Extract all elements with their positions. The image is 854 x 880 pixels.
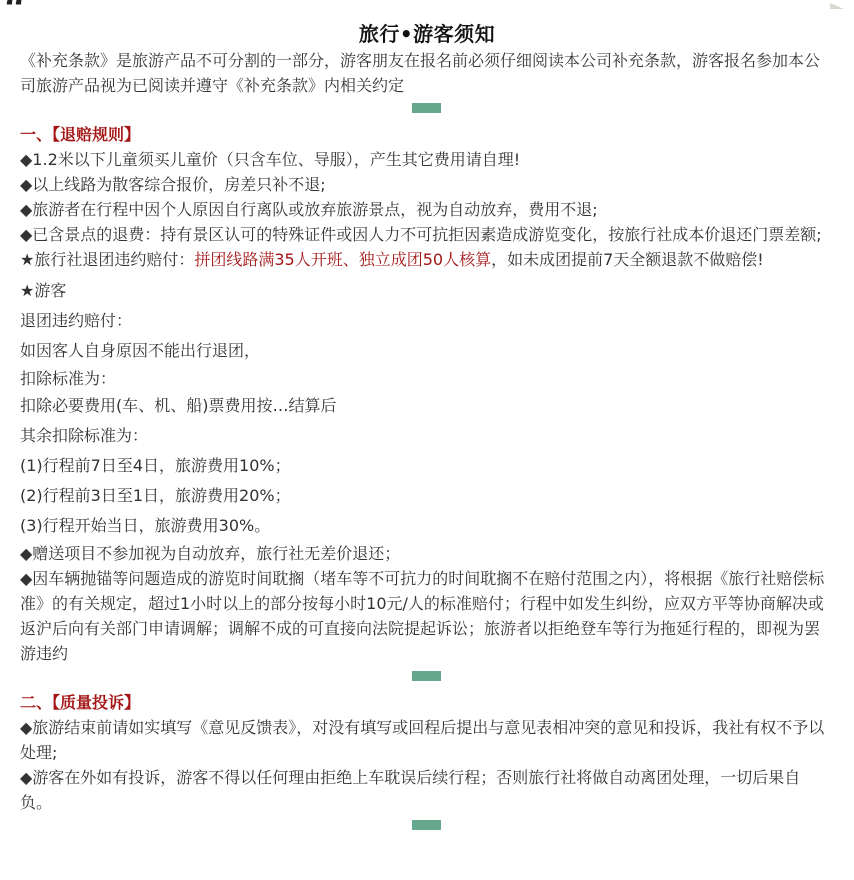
divider-bar (412, 820, 441, 830)
tourist-line: 退团违约赔付： (20, 306, 828, 336)
list-item: ◆1.2米以下儿童须买儿童价（只含车位、导服），产生其它费用请自理! (20, 147, 828, 172)
notice-content: 《补充条款》是旅游产品不可分割的一部分，游客朋友在报名前必须仔细阅读本公司补充条… (20, 48, 828, 839)
tourist-line: 其余扣除标准为： (20, 421, 828, 451)
deduction-tier: (3)行程开始当日，旅游费用30%。 (20, 511, 828, 541)
page-title: 旅行•游客须知 (0, 18, 854, 47)
section-title-quality-complaints: 二、【质量投诉】 (20, 690, 828, 715)
tourist-line: 如因客人自身原因不能出行退团， (20, 336, 828, 366)
divider (20, 98, 828, 122)
divider-bar (412, 671, 441, 681)
list-item: ◆旅游结束前请如实填写《意见反馈表》，对没有填写或回程后提出与意见表相冲突的意见… (20, 715, 828, 765)
tourist-heading: ★游客 (20, 276, 828, 306)
compensation-highlight: 拼团线路满35人开班、独立成团50人核算 (194, 250, 491, 269)
agency-compensation-item: ★旅行社退团违约赔付：拼团线路满35人开班、独立成团50人核算，如未成团提前7天… (20, 247, 828, 272)
section-title-refund-rules: 一、【退赔规则】 (20, 122, 828, 147)
intro-paragraph: 《补充条款》是旅游产品不可分割的一部分，游客朋友在报名前必须仔细阅读本公司补充条… (20, 48, 828, 98)
tourist-line: 扣除标准为： (20, 366, 828, 391)
deduction-tier: (2)行程前3日至1日，旅游费用20%； (20, 481, 828, 511)
compensation-prefix: ★旅行社退团违约赔付： (20, 250, 194, 269)
list-item: ◆已含景点的退费：持有景区认可的特殊证件或因人力不可抗拒因素造成游览变化，按旅行… (20, 222, 828, 247)
list-item: ◆以上线路为散客综合报价，房差只补不退; (20, 172, 828, 197)
deduction-tier: (1)行程前7日至4日，旅游费用10%； (20, 451, 828, 481)
divider-bar (412, 103, 441, 113)
list-item: ◆赠送项目不参加视为自动放弃，旅行社无差价退还； (20, 541, 828, 566)
list-item: ◆游客在外如有投诉，游客不得以任何理由拒绝上车耽误后续行程；否则旅行社将做自动离… (20, 765, 828, 815)
tourist-cancellation-block: ★游客 退团违约赔付： 如因客人自身原因不能出行退团， 扣除标准为： 扣除必要费… (20, 276, 828, 541)
divider (20, 815, 828, 839)
list-item: ◆旅游者在行程中因个人原因自行离队或放弃旅游景点，视为自动放弃，费用不退; (20, 197, 828, 222)
tourist-line: 扣除必要费用(车、机、船)票费用按…结算后 (20, 391, 828, 421)
divider (20, 666, 828, 690)
list-item: ◆因车辆抛锚等问题造成的游览时间耽搁（堵车等不可抗力的时间耽搁不在赔付范围之内）… (20, 566, 828, 666)
page-corner-fold-icon (830, 3, 844, 9)
compensation-suffix: ，如未成团提前7天全额退款不做赔偿! (491, 250, 764, 269)
